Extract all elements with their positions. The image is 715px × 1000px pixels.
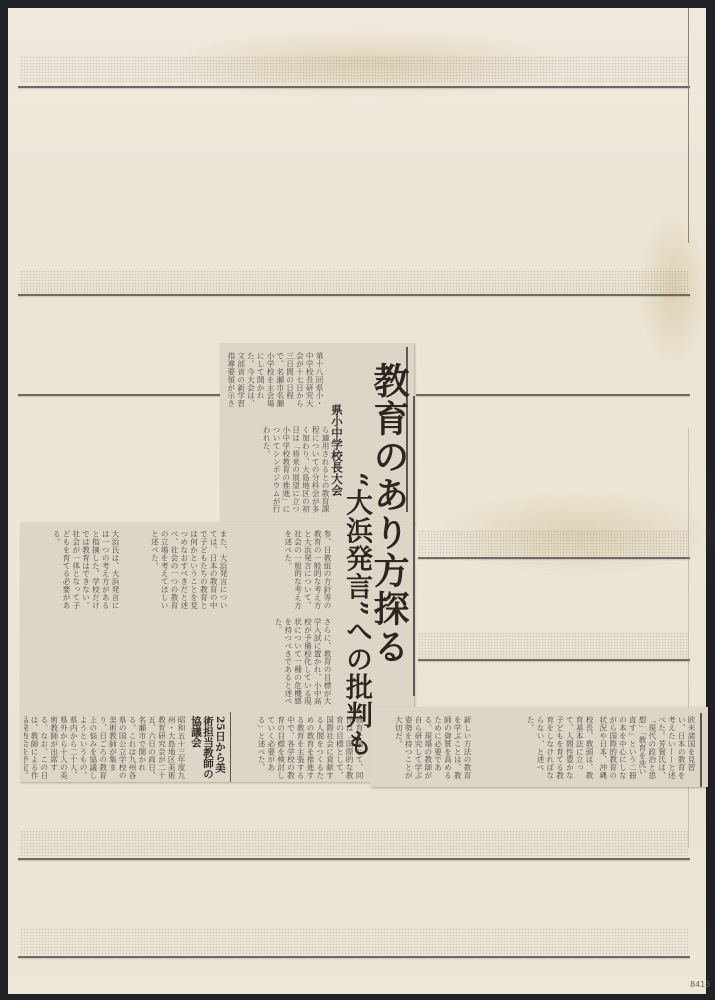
body-intro: ら適用されるとの教育課程についての分科会が多く加わり、大島地区の初日は「将来の展… [226,426,330,518]
ruled-line [18,86,690,88]
ruled-line [18,858,690,860]
box-article-text: 昭和五十三年度九州・大島地区美術教育研究会が二十五、六日の両日、名瀬市で開かれる… [24,716,186,782]
lead-paragraph: 第十八回県小・中学校長研究大会が十七日から三日間の日程で、名瀬市名瀬小学校を主会… [226,352,324,414]
right-column: 欧米諸国を見習い、日本の教育を考えたい——と述べた。芳賀氏は、「現代の政治と思想… [598,716,696,780]
body-column: 参、日教組の方針等の教育の一般的な考え方と大浜発言について、社会の一般的な考え方… [232,530,332,616]
ruled-line [418,659,690,661]
body-column: さらに、教育の目標が大学入試に置かれ、小中高校が予備校化している現状について一種… [24,618,332,712]
ruled-line [416,394,690,396]
body-column: 大浜氏は、大浜発言には一つの考え方があると指摘した。学校だけでは教育はできない。… [24,530,120,616]
ruled-line [18,956,690,958]
headline-sub: “大浜発言”への批判も [337,472,376,757]
right-column: 教育を論じて、同氏は「国際的な教育の目標として、国際社会に貢献する人間をつくるた… [236,716,364,780]
box-heading: 25日から美術担当教師の協議会 [190,716,226,780]
page-number: 8413 [690,980,710,989]
ruled-line [18,394,240,396]
right-column: 校長、教頭は、教育基本法に立って、人間性豊かな子どもを育てる教育をしなければなら… [476,716,594,780]
body-column: また、大浜発言については、日本の教育の中で子どもたちの教育とは何かということを見… [122,530,228,616]
right-column: 新しい方法の教育を学ぶことは、教師の資質を高めるために必要である。現場の教師が自… [376,716,472,780]
ruled-line [418,557,690,559]
ruled-line [18,294,690,296]
